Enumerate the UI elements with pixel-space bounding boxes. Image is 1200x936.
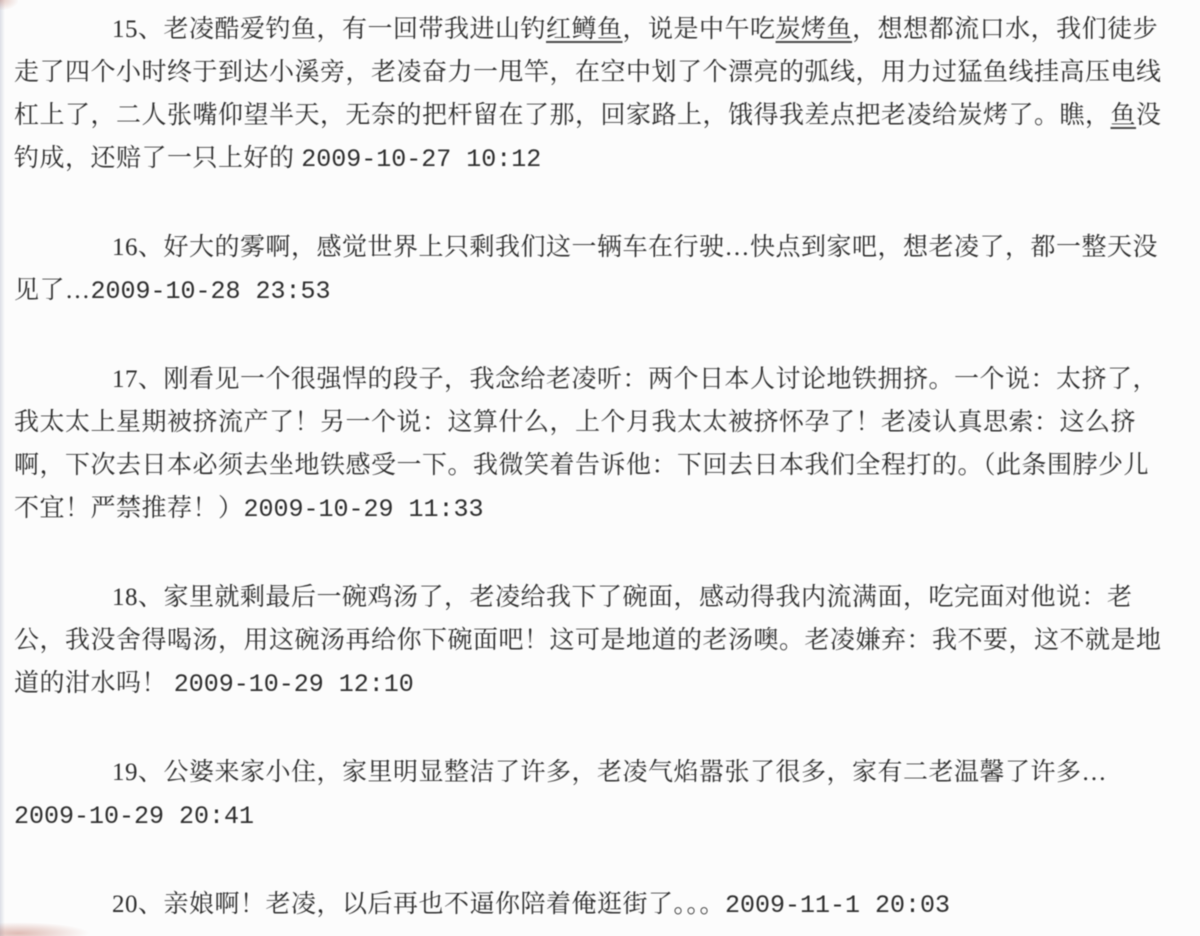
entry-text: 17、刚看见一个很强悍的段子，我念给老凌听：两个日本人讨论地铁拥挤。一个说：太挤…	[14, 366, 1158, 522]
entry-timestamp: 2009-10-27 10:12	[301, 145, 541, 174]
entry-text: ，说是中午吃	[623, 16, 776, 43]
entry-timestamp: 2009-10-29 11:33	[244, 495, 484, 524]
diary-entry-20: 20、亲娘啊！老凌，以后再也不逼你陪着俺逛街了。。。2009-11-1 20:0…	[14, 883, 1170, 927]
entry-text: 19、公婆来家小住，家里明显整洁了许多，老凌气焰嚣张了很多，家有二老温馨了许多…	[112, 759, 1107, 786]
entry-timestamp: 2009-10-29 20:41	[14, 802, 254, 831]
entry-text: 15、老凌酷爱钓鱼，有一回带我进山钓	[112, 16, 546, 43]
entry-timestamp: 2009-10-28 23:53	[91, 277, 331, 306]
entry-timestamp: 2009-11-1 20:03	[725, 891, 950, 920]
diary-entry-17: 17、刚看见一个很强悍的段子，我念给老凌听：两个日本人讨论地铁拥挤。一个说：太挤…	[14, 358, 1170, 531]
diary-page: 15、老凌酷爱钓鱼，有一回带我进山钓红鳟鱼，说是中午吃炭烤鱼，想想都流口水，我们…	[0, 0, 1200, 927]
entry-timestamp: 2009-10-29 12:10	[174, 670, 414, 699]
underlined-keyword: 炭烤鱼	[776, 16, 853, 43]
diary-entry-16: 16、好大的雾啊，感觉世界上只剩我们这一辆车在行驶…快点到家吧，想老凌了，都一整…	[14, 226, 1170, 313]
diary-entry-18: 18、家里就剩最后一碗鸡汤了，老凌给我下了碗面，感动得我内流满面，吃完面对他说：…	[14, 576, 1170, 706]
underlined-keyword: 红鳟鱼	[546, 16, 623, 43]
diary-entry-15: 15、老凌酷爱钓鱼，有一回带我进山钓红鳟鱼，说是中午吃炭烤鱼，想想都流口水，我们…	[14, 8, 1170, 181]
entry-text: 20、亲娘啊！老凌，以后再也不逼你陪着俺逛街了。。。	[112, 891, 725, 918]
diary-entry-19: 19、公婆来家小住，家里明显整洁了许多，老凌气焰嚣张了很多，家有二老温馨了许多……	[14, 751, 1170, 838]
underlined-keyword: 鱼	[1111, 102, 1137, 129]
